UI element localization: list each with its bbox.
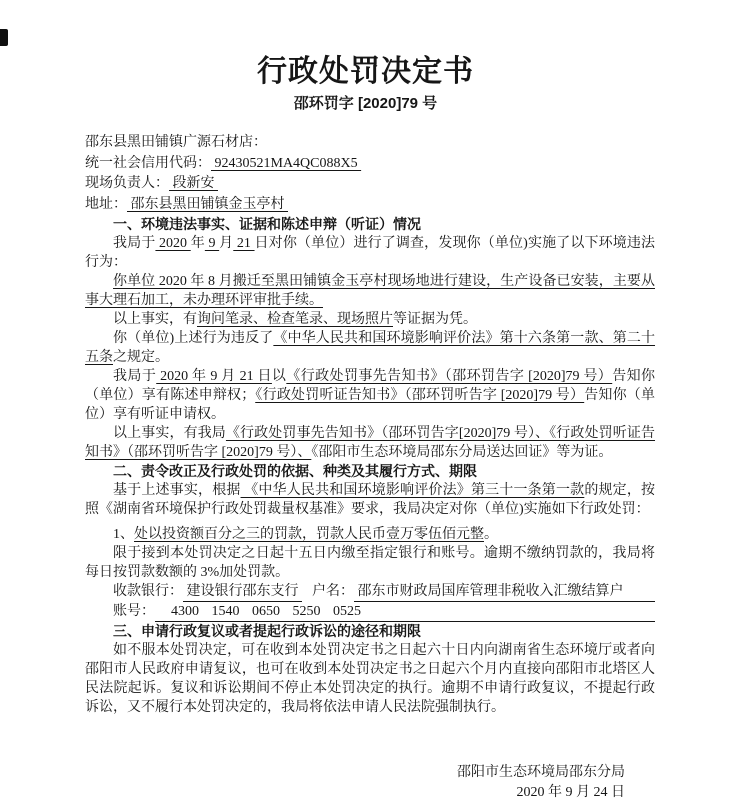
signature-block: 邵阳市生态环境局邵东分局 2020 年 9 月 24 日 [0,763,731,803]
account-number-label: 账号： [113,602,155,622]
section-heading: 二、责令改正及行政处罚的依据、种类及其履行方式、期限 [85,462,655,481]
underlined-text: 《行政处罚听证告知书》（邵环罚听告字 [2020]79 号） [255,388,584,403]
text-run: 以上事实，有 [113,312,197,327]
body-section-top: 邵东县黑田铺镇广源石材店：统一社会信用代码： 92430521MA4QC088X… [85,133,655,582]
text-run: 以 [272,369,286,384]
scan-artifact [0,29,8,46]
underlined-text: 段新安 [169,176,218,191]
underlined-text: 2020 [155,236,190,251]
text-run: 三、申请行政复议或者提起行政诉讼的途径和期限 [113,623,421,639]
text-run: 现场负责人： [85,176,169,191]
text-run: 限于接到本处罚决定之日起十五日内缴至指定银行和账号。逾期不缴纳罚款的，我局将每日… [85,546,655,580]
text-run: 我局于 [113,236,155,251]
body-section-bottom: 三、申请行政复议或者提起行政诉讼的途径和期限如不服本处罚决定，可在收到本处罚决定… [85,622,655,717]
bank-row: 收款银行： 建设银行邵东支行 户名： 邵东市财政局国库管理非税收入汇缴结算户 [85,582,655,602]
penalty-decision-document: 行政处罚决定书 邵环罚字 [2020]79 号 邵东县黑田铺镇广源石材店：统一社… [0,0,731,812]
issue-date: 2020 年 9 月 24 日 [0,783,625,803]
paragraph: 我局于 2020 年 9 月 21 日以《行政处罚事先告知书》（邵环罚告字 [2… [85,367,655,424]
underlined-text: 询问笔录、检查笔录、现场照片 [197,312,393,327]
text-run: 基于上述事实，根据 [113,483,241,498]
text-run: 你（单位)上述行为违反了 [113,331,273,346]
section-heading: 三、申请行政复议或者提起行政诉讼的途径和期限 [85,622,655,641]
paragraph: 基于上述事实，根据 《中华人民共和国环境影响评价法》第三十一条第一款的规定，按照… [85,481,655,519]
paragraph: 地址： 邵东县黑田铺镇金玉亭村 [85,195,655,214]
account-holder-value: 邵东市财政局国库管理非税收入汇缴结算户 [354,582,655,602]
account-number-row: 账号： 4300 1540 0650 5250 0525 [85,602,655,622]
paragraph: 现场负责人： 段新安 [85,174,655,193]
text-run: 二、责令改正及行政处罚的依据、种类及其履行方式、期限 [113,463,477,479]
text-run: 以上事实，有我局 [113,426,226,441]
document-body: 邵东县黑田铺镇广源石材店：统一社会信用代码： 92430521MA4QC088X… [85,133,655,717]
section-heading: 一、环境违法事实、证据和陈述申辩（听证）情况 [85,215,655,234]
paragraph: 限于接到本处罚决定之日起十五日内缴至指定银行和账号。逾期不缴纳罚款的，我局将每日… [85,544,655,582]
paragraph: 以上事实，有询问笔录、检查笔录、现场照片等证据为凭。 [85,310,655,329]
document-number: 邵环罚字 [2020]79 号 [0,95,731,113]
underlined-text: 《行政处罚事先告知书》（邵环罚告字 [2020]79 号） [286,369,612,384]
underlined-text: 《中华人民共和国环境影响评价法》第三十一条第一款 [241,483,585,498]
paragraph: 邵东县黑田铺镇广源石材店： [85,133,655,152]
text-run: 我局于 [113,369,156,384]
text-run: 之规定。 [113,350,169,365]
paragraph: 以上事实，有我局《行政处罚事先告知书》（邵环罚告字[2020]79 号）、《行政… [85,424,655,462]
text-run: 地址： [85,197,127,212]
underlined-text: 9 [205,236,219,251]
account-number-value: 4300 1540 0650 5250 0525 [155,602,655,622]
paragraph: 如不服本处罚决定，可在收到本处罚决定书之日起六十日内向湖南省生态环境厅或者向邵阳… [85,641,655,717]
document-title: 行政处罚决定书 [0,0,731,90]
underlined-text: 2020 年 9 月 21 日 [156,369,272,384]
text-run: 统一社会信用代码： [85,156,211,171]
underlined-text: 92430521MA4QC088X5 [211,156,361,171]
underlined-text: 邵东县黑田铺镇金玉亭村 [127,197,288,212]
paragraph: 1、处以投资额百分之三的罚款，罚款人民币壹万零伍佰元整。 [85,525,655,544]
bank-value: 建设银行邵东支行 [183,582,302,602]
text-run: 邵东县黑田铺镇广源石材店： [85,135,267,150]
underlined-text: 21 [233,236,254,251]
paragraph: 我局于 2020 年 9 月 21 日对你（单位）进行了调查，发现你（单位)实施… [85,234,655,272]
underlined-text: 处以投资额百分之三的罚款，罚款人民币壹万零伍佰元整 [134,527,484,542]
bank-label: 收款银行： [113,582,183,602]
paragraph: 统一社会信用代码： 92430521MA4QC088X5 [85,154,655,173]
underlined-text: 你单位 2020 年 8 月搬迁至黑田铺镇金玉亭村现场地进行建设，生产设备已安装… [85,274,655,308]
paragraph: 你（单位)上述行为违反了《中华人民共和国环境影响评价法》第十六条第一款、第二十五… [85,329,655,367]
text-run: 1、 [113,527,134,542]
text-run: 如不服本处罚决定，可在收到本处罚决定书之日起六十日内向湖南省生态环境厅或者向邵阳… [85,643,655,715]
account-holder-label: 户名： [312,582,354,602]
text-run: 。 [484,527,498,542]
text-run: 等证据为凭。 [393,312,477,327]
text-run: 年 [191,236,205,251]
text-run: 《邵阳市生态环境局邵东分局送达回证》等为证。 [311,445,612,460]
paragraph: 你单位 2020 年 8 月搬迁至黑田铺镇金玉亭村现场地进行建设，生产设备已安装… [85,272,655,310]
issuing-org: 邵阳市生态环境局邵东分局 [0,763,625,783]
text-run: 月 [219,236,233,251]
text-run: 一、环境违法事实、证据和陈述申辩（听证）情况 [113,216,421,232]
